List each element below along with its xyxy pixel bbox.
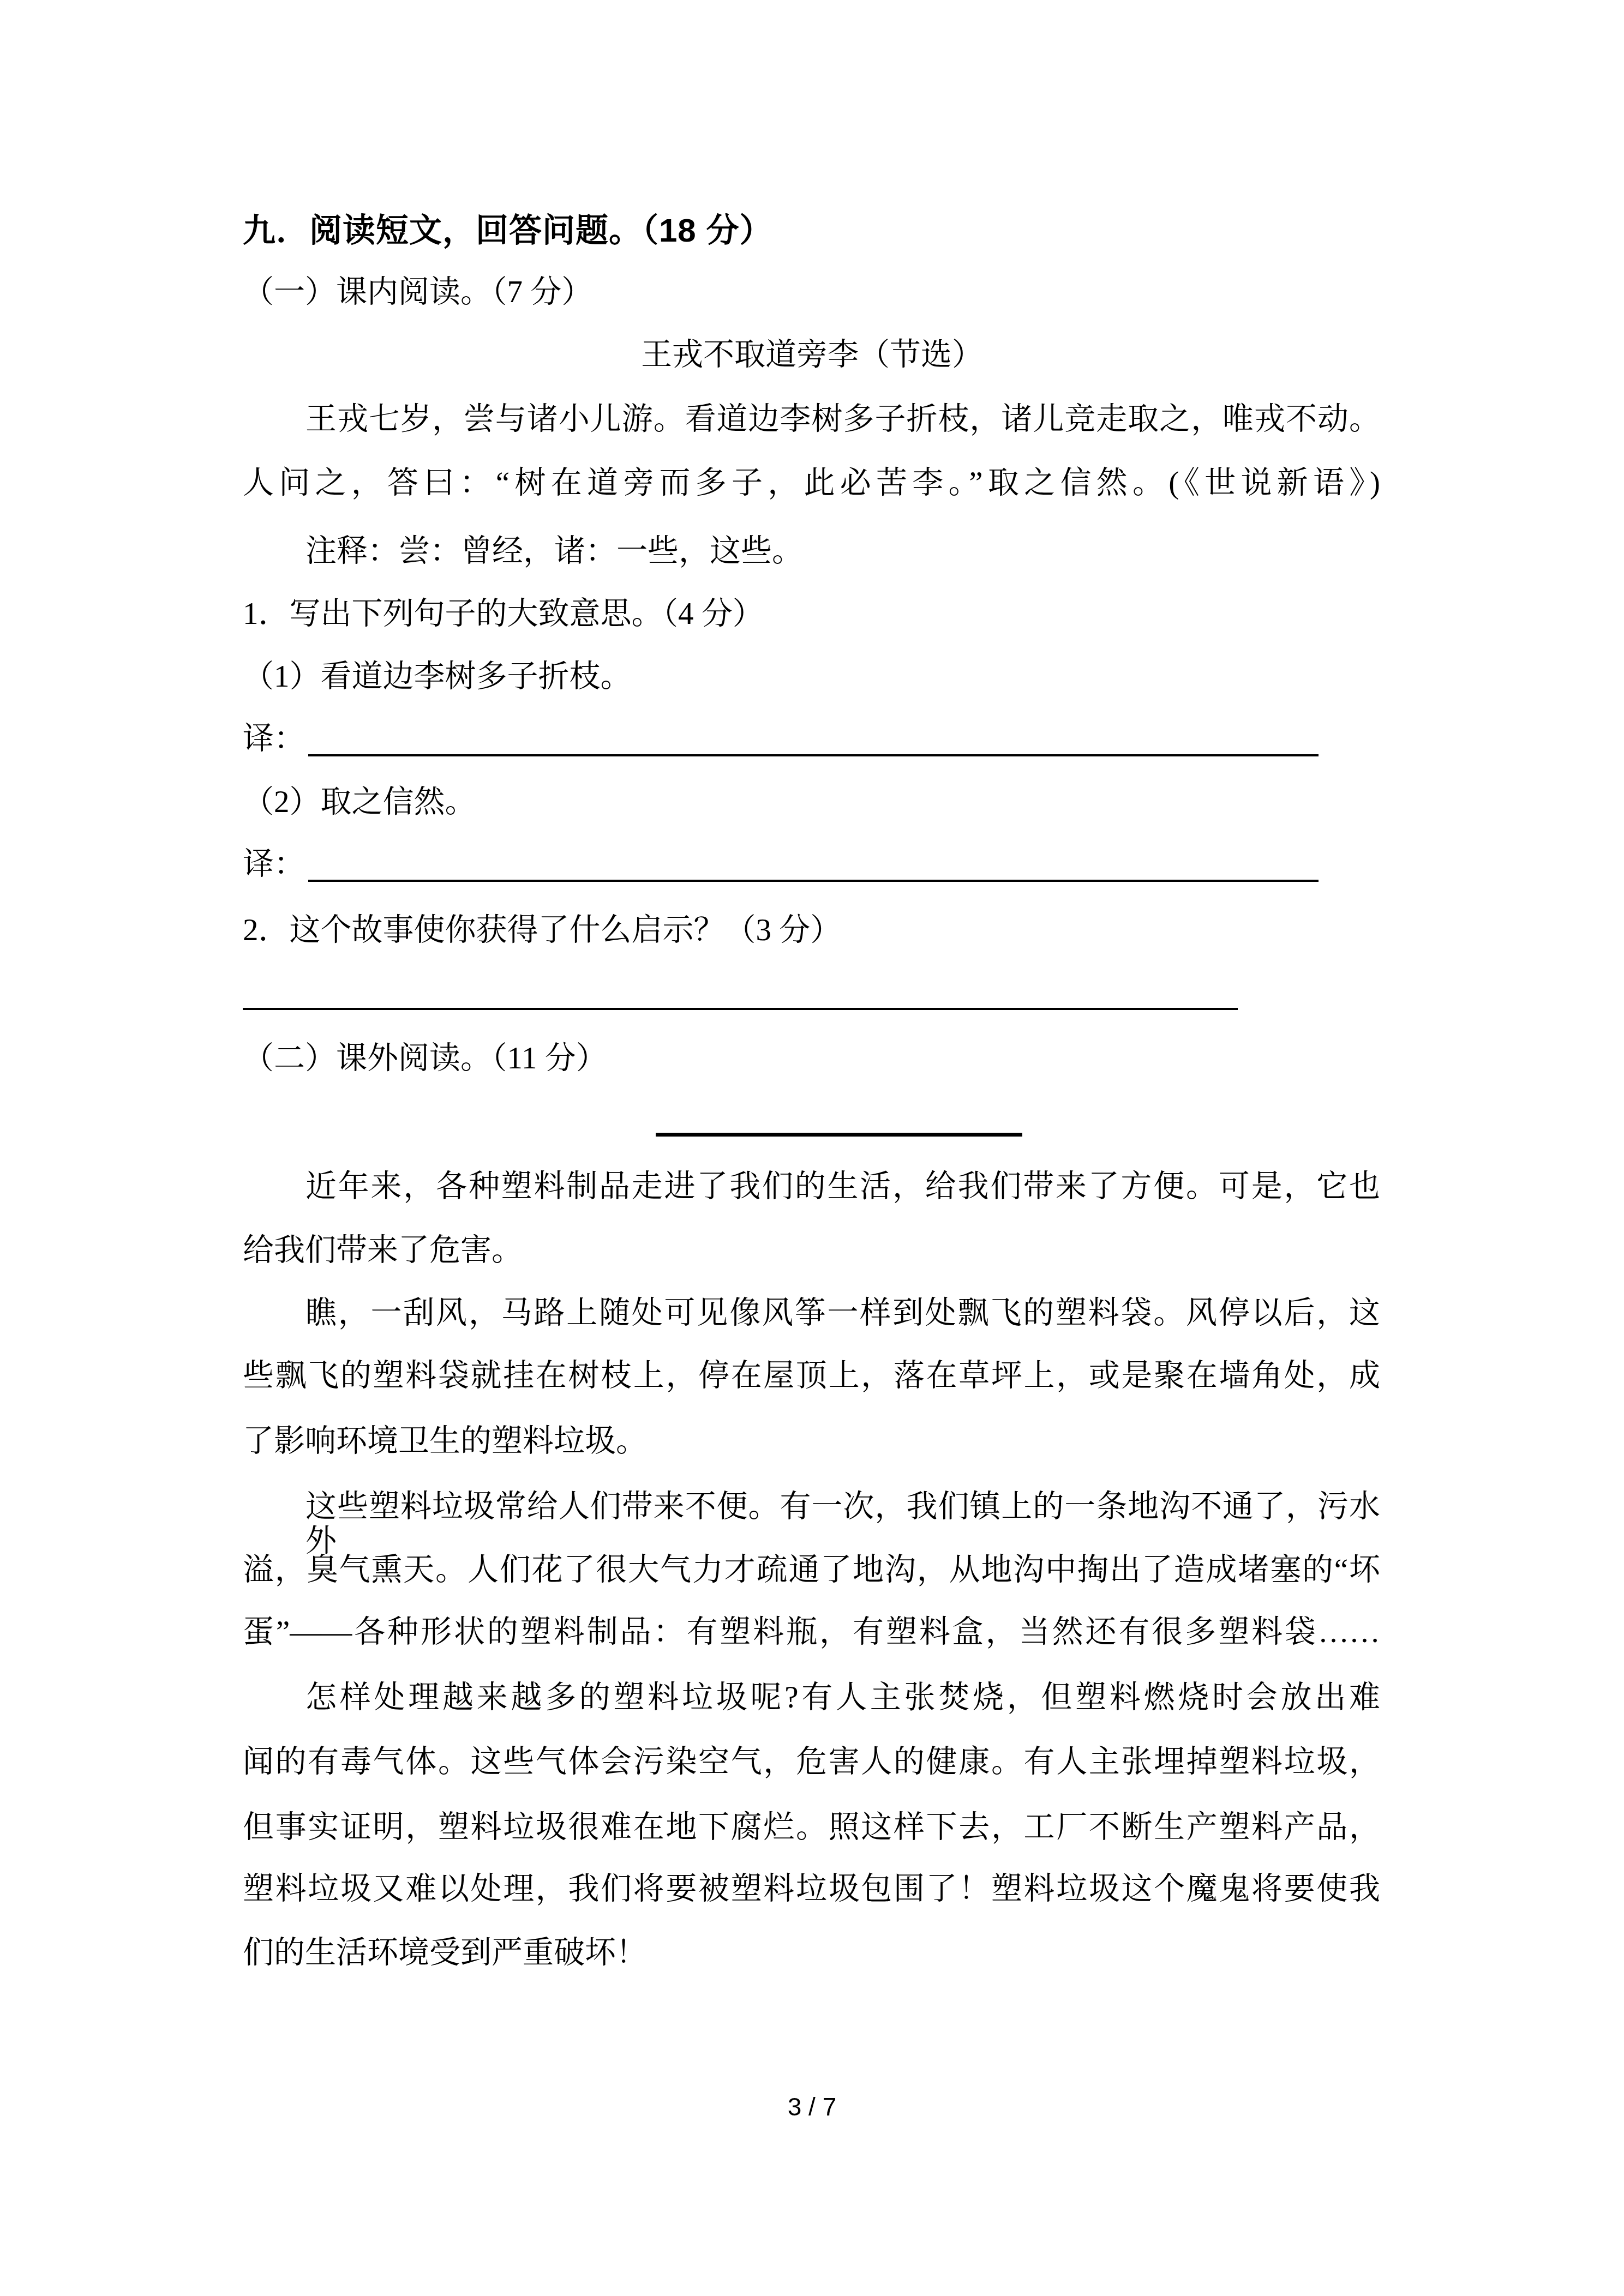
passage-line: 但事实证明，塑料垃圾很难在地下腐烂。照这样下去，工厂不断生产塑料产品，: [243, 1811, 1380, 1845]
translate-label: 译：: [243, 722, 305, 756]
passage-line: 近年来，各种塑料制品走进了我们的生活，给我们带来了方便。可是，它也: [305, 1170, 1380, 1204]
question-1-stem: 1．写出下列句子的大致意思。（4 分）: [243, 597, 764, 632]
question-2-stem: 2．这个故事使你获得了什么启示？（3 分）: [243, 913, 841, 948]
translate-label: 译：: [243, 848, 305, 882]
answer-blank-underline: [308, 723, 1319, 756]
passage-title: 王戎不取道旁李（节选）: [243, 338, 1381, 372]
question-1-item-1: （1）看道边李树多子折枝。: [243, 660, 632, 694]
passage-line: 给我们带来了危害。: [243, 1234, 523, 1268]
part-two-label: （二）课外阅读。（11 分）: [243, 1042, 607, 1076]
passage-line: 了影响环境卫生的塑料垃圾。: [243, 1425, 647, 1459]
passage-line: 瞧，一刮风，马路上随处可见像风筝一样到处飘飞的塑料袋。风停以后，这: [305, 1296, 1380, 1331]
answer-blank-underline: [308, 848, 1319, 882]
passage-line: 溢，臭气熏天。人们花了很大气力才疏通了地沟，从地沟中掏出了造成堵塞的“坏: [243, 1553, 1380, 1588]
passage-line: 这些塑料垃圾常给人们带来不便。有一次，我们镇上的一条地沟不通了，污水外: [305, 1490, 1380, 1558]
passage-line: 蛋”——各种形状的塑料制品：有塑料瓶，有塑料盒，当然还有很多塑料袋……: [243, 1615, 1380, 1650]
part-one-label: （一）课内阅读。（7 分）: [243, 275, 592, 310]
passage-line: 闻的有毒气体。这些气体会污染空气，危害人的健康。有人主张埋掉塑料垃圾，: [243, 1745, 1380, 1780]
passage-line: 些飘飞的塑料袋就挂在树枝上，停在屋顶上，落在草坪上，或是聚在墙角处，成: [243, 1359, 1380, 1393]
passage-note: 注释：尝：曾经，诸：一些，这些。: [305, 534, 803, 569]
passage-line: 们的生活环境受到严重破坏！: [243, 1936, 647, 1970]
section-heading: 九．阅读短文，回答问题。（18 分）: [243, 213, 772, 249]
passage-title-blank-line: [656, 1133, 1022, 1137]
passage-line: 人问之，答曰：“树在道旁而多子，此必苦李。”取之信然。(《世说新语》): [243, 466, 1380, 501]
translation-row-2: 译：: [243, 848, 1319, 882]
passage-line: 塑料垃圾又难以处理，我们将要被塑料垃圾包围了！塑料垃圾这个魔鬼将要使我: [243, 1872, 1380, 1907]
passage-line: 怎样处理越来越多的塑料垃圾呢?有人主张焚烧，但塑料燃烧时会放出难: [305, 1681, 1380, 1715]
answer-blank-underline: [243, 976, 1238, 1010]
translation-row-1: 译：: [243, 723, 1319, 756]
passage-line: 王戎七岁，尝与诸小儿游。看道边李树多子折枝，诸儿竞走取之，唯戎不动。: [305, 402, 1380, 437]
question-1-item-2: （2）取之信然。: [243, 785, 476, 820]
exam-page: 九．阅读短文，回答问题。（18 分） （一）课内阅读。（7 分） 王戎不取道旁李…: [0, 0, 1624, 2296]
page-number: 3 / 7: [0, 2092, 1624, 2121]
